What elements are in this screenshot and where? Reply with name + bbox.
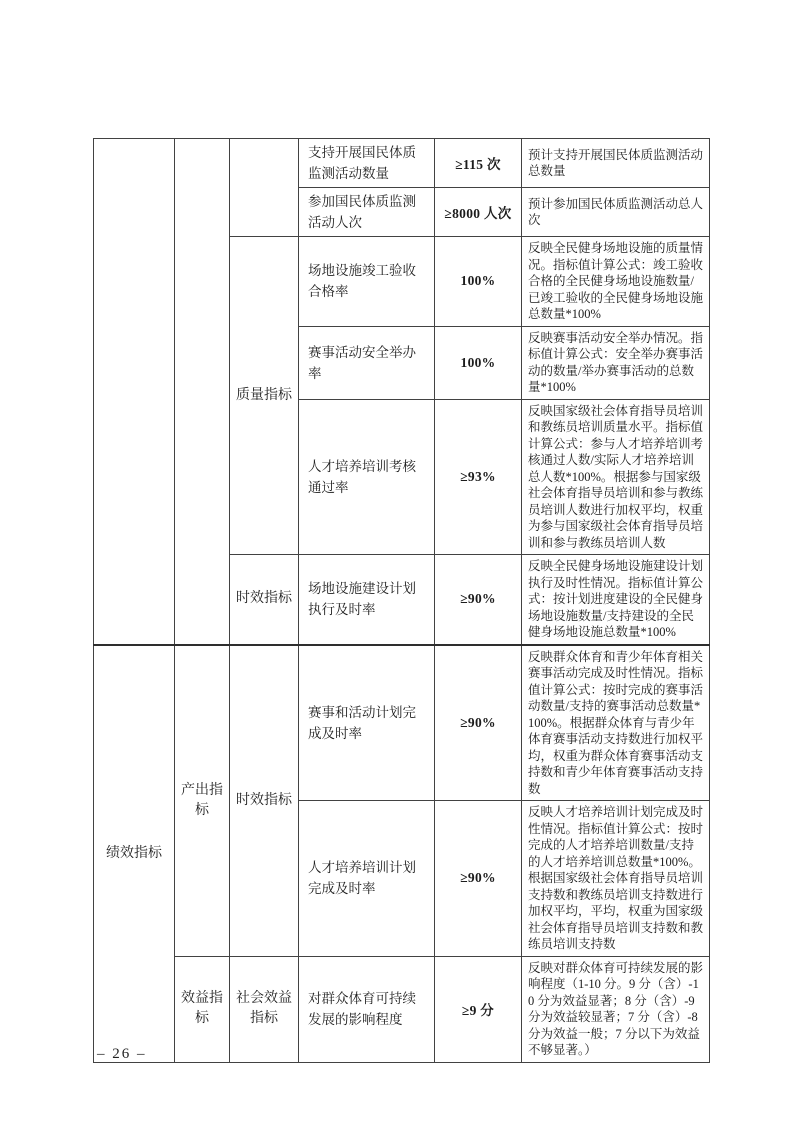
indicator-explanation: 反映群众体育和青少年体育相关赛事活动完成及时性情况。指标值计算公式：按时完成的赛… (522, 645, 710, 801)
group-cell-continued (230, 139, 299, 237)
indicator-explanation: 反映人才培养培训计划完成及时性情况。指标值计算公式：按时完成的人才培养培训数量/… (522, 801, 710, 957)
subcategory-cell-output: 产出指标 (175, 645, 230, 957)
indicator-target: ≥90% (435, 645, 522, 801)
page-number: – 26 – (97, 1046, 147, 1063)
indicator-target: ≥8000 人次 (435, 188, 522, 237)
indicator-explanation: 预计参加国民体质监测活动总人次 (522, 188, 710, 237)
category-cell-continued (94, 139, 175, 645)
indicator-name: 人才培养培训计划完成及时率 (299, 801, 435, 957)
subcategory-cell-benefit: 效益指标 (175, 956, 230, 1062)
indicator-explanation: 反映对群众体育可持续发展的影响程度（1-10 分。9 分（含）-10 分为效益显… (522, 956, 710, 1062)
indicator-name: 参加国民体质监测活动人次 (299, 188, 435, 237)
indicator-target: ≥93% (435, 399, 522, 555)
group-cell-timeliness-upper: 时效指标 (230, 555, 299, 645)
indicator-target: ≥115 次 (435, 139, 522, 188)
group-cell-timeliness-lower: 时效指标 (230, 645, 299, 957)
indicator-target: ≥90% (435, 801, 522, 957)
indicator-target: ≥90% (435, 555, 522, 645)
indicator-explanation: 反映赛事活动安全举办情况。指标值计算公式：安全举办赛事活动的数量/举办赛事活动的… (522, 326, 710, 399)
indicator-target: 100% (435, 237, 522, 327)
indicator-explanation: 反映全民健身场地设施建设计划执行及时性情况。指标值计算公式：按计划进度建设的全民… (522, 555, 710, 645)
indicator-name: 对群众体育可持续发展的影响程度 (299, 956, 435, 1062)
indicator-name: 场地设施建设计划执行及时率 (299, 555, 435, 645)
group-cell-social-benefit: 社会效益指标 (230, 956, 299, 1062)
table-row: 支持开展国民体质监测活动数量 ≥115 次 预计支持开展国民体质监测活动总数量 (94, 139, 710, 188)
group-cell-quality: 质量指标 (230, 237, 299, 555)
indicator-explanation: 反映全民健身场地设施的质量情况。指标值计算公式：竣工验收合格的全民健身场地设施数… (522, 237, 710, 327)
document-page: 支持开展国民体质监测活动数量 ≥115 次 预计支持开展国民体质监测活动总数量 … (0, 0, 793, 1122)
indicator-target: 100% (435, 326, 522, 399)
indicator-name: 支持开展国民体质监测活动数量 (299, 139, 435, 188)
performance-indicator-table: 支持开展国民体质监测活动数量 ≥115 次 预计支持开展国民体质监测活动总数量 … (93, 138, 710, 1063)
table-row: 绩效指标 产出指标 时效指标 赛事和活动计划完成及时率 ≥90% 反映群众体育和… (94, 645, 710, 801)
indicator-name: 赛事活动安全举办率 (299, 326, 435, 399)
indicator-name: 场地设施竣工验收合格率 (299, 237, 435, 327)
indicator-name: 赛事和活动计划完成及时率 (299, 645, 435, 801)
category-cell-performance: 绩效指标 (94, 645, 175, 1063)
indicator-explanation: 预计支持开展国民体质监测活动总数量 (522, 139, 710, 188)
table-row: 效益指标 社会效益指标 对群众体育可持续发展的影响程度 ≥9 分 反映对群众体育… (94, 956, 710, 1062)
indicator-explanation: 反映国家级社会体育指导员培训和教练员培训质量水平。指标值计算公式：参与人才培养培… (522, 399, 710, 555)
indicator-name: 人才培养培训考核通过率 (299, 399, 435, 555)
indicator-target: ≥9 分 (435, 956, 522, 1062)
subcategory-cell-continued (175, 139, 230, 645)
